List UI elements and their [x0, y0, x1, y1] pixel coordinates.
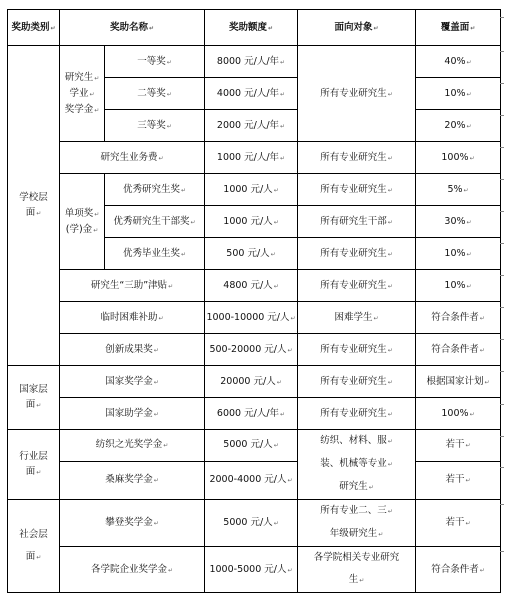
group-national: 国家层 面 — [8, 366, 60, 430]
row-end-marker — [500, 275, 504, 276]
target-line: 装、机械等专业 — [298, 453, 415, 476]
group-school: 学校层 面 — [8, 46, 60, 366]
row-end-marker — [500, 467, 504, 468]
row-end-marker — [500, 17, 504, 18]
award-target: 所有专业研究生 — [298, 46, 416, 142]
group-label-line: 学校层 — [8, 190, 59, 205]
award-name: 创新成果奖 — [60, 334, 205, 366]
table-row: 研究生“三助”津贴 4800 元/人 所有专业研究生 10% — [8, 270, 501, 302]
subgroup-single: 单项奖 (学)金 — [60, 174, 105, 270]
award-coverage: 若干 — [416, 461, 501, 499]
target-line: 年级研究生 — [298, 523, 415, 546]
award-name: 攀登奖学金 — [60, 500, 205, 547]
target-line: 纺织、材料、服 — [298, 430, 415, 453]
award-target: 所有专业二、三 年级研究生 — [298, 500, 416, 547]
award-name: 优秀研究生干部奖 — [105, 206, 205, 238]
table-row: 桑麻奖学金 2000-4000 元/人 若干 — [8, 461, 501, 499]
award-target: 所有专业研究生 — [298, 270, 416, 302]
row-end-marker — [500, 243, 504, 244]
award-name: 国家助学金 — [60, 398, 205, 430]
award-target: 所有研究生干部 — [298, 206, 416, 238]
award-amount: 5000 元/人 — [205, 430, 298, 462]
award-coverage: 40% — [416, 46, 501, 78]
award-table: 奖助类别 奖助名称 奖助额度 面向对象 覆盖面 学校层 面 研究生 学业 奖学金… — [7, 9, 501, 593]
row-end-marker — [500, 211, 504, 212]
target-line: 生 — [298, 569, 415, 592]
table-row: 社会层 面 攀登奖学金 5000 元/人 所有专业二、三 年级研究生 若干 — [8, 500, 501, 547]
row-end-marker — [500, 436, 504, 437]
table-row: 单项奖 (学)金 优秀研究生奖 1000 元/人 所有专业研究生 5% — [8, 174, 501, 206]
group-label-line: 面 — [8, 464, 59, 480]
row-end-marker — [500, 51, 504, 52]
target-line: 各学院相关专业研究 — [298, 547, 415, 569]
award-coverage: 10% — [416, 238, 501, 270]
award-coverage: 20% — [416, 110, 501, 142]
header-category: 奖助类别 — [8, 10, 60, 46]
table-row: 国家助学金 6000 元/人/年 所有专业研究生 100% — [8, 398, 501, 430]
award-coverage: 符合条件者 — [416, 334, 501, 366]
group-label-line: 面 — [8, 546, 59, 569]
award-coverage: 10% — [416, 78, 501, 110]
award-amount: 1000-5000 元/人 — [205, 547, 298, 593]
award-name: 临时困难补助 — [60, 302, 205, 334]
subgroup-label-line: 研究生 — [60, 70, 104, 86]
table-row: 行业层 面 纺织之光奖学金 5000 元/人 纺织、材料、服 装、机械等专业 研… — [8, 430, 501, 462]
subgroup-label-line: 学业 — [60, 86, 104, 102]
award-target: 所有专业研究生 — [298, 334, 416, 366]
row-end-marker — [500, 179, 504, 180]
award-amount: 500 元/人 — [205, 238, 298, 270]
group-label-line: 面 — [8, 397, 59, 413]
award-name: 各学院企业奖学金 — [60, 547, 205, 593]
award-amount: 6000 元/人/年 — [205, 398, 298, 430]
award-coverage: 30% — [416, 206, 501, 238]
award-coverage: 符合条件者 — [416, 302, 501, 334]
row-end-marker — [500, 504, 504, 505]
table-row: 国家层 面 国家奖学金 20000 元/人 所有专业研究生 根据国家计划 — [8, 366, 501, 398]
award-target: 所有专业研究生 — [298, 142, 416, 174]
target-line: 所有专业二、三 — [298, 500, 415, 523]
row-end-marker — [500, 404, 504, 405]
group-society: 社会层 面 — [8, 500, 60, 593]
award-name: 优秀毕业生奖 — [105, 238, 205, 270]
award-amount: 500-20000 元/人 — [205, 334, 298, 366]
header-target: 面向对象 — [298, 10, 416, 46]
header-amount: 奖助额度 — [205, 10, 298, 46]
award-amount: 1000 元/人/年 — [205, 142, 298, 174]
award-amount: 2000 元/人/年 — [205, 110, 298, 142]
row-end-marker — [500, 147, 504, 148]
group-label-line: 国家层 — [8, 382, 59, 397]
target-line: 研究生 — [298, 476, 415, 499]
award-coverage: 100% — [416, 398, 501, 430]
award-name: 研究生业务费 — [60, 142, 205, 174]
header-name: 奖助名称 — [60, 10, 205, 46]
subgroup-academic: 研究生 学业 奖学金 — [60, 46, 105, 142]
award-name: 二等奖 — [105, 78, 205, 110]
award-coverage: 根据国家计划 — [416, 366, 501, 398]
award-target: 各学院相关专业研究 生 — [298, 547, 416, 593]
row-end-marker — [500, 339, 504, 340]
award-amount: 2000-4000 元/人 — [205, 461, 298, 499]
award-coverage: 5% — [416, 174, 501, 206]
award-name: 研究生“三助”津贴 — [60, 270, 205, 302]
award-amount: 1000 元/人 — [205, 206, 298, 238]
award-name: 一等奖 — [105, 46, 205, 78]
award-target: 所有专业研究生 — [298, 174, 416, 206]
award-amount: 4000 元/人/年 — [205, 78, 298, 110]
table-row: 临时困难补助 1000-10000 元/人 困难学生 符合条件者 — [8, 302, 501, 334]
award-target: 所有专业研究生 — [298, 398, 416, 430]
header-coverage: 覆盖面 — [416, 10, 501, 46]
award-coverage: 10% — [416, 270, 501, 302]
award-amount: 1000 元/人 — [205, 174, 298, 206]
row-end-marker — [500, 83, 504, 84]
subgroup-label-line: 单项奖 — [60, 206, 104, 222]
award-name: 优秀研究生奖 — [105, 174, 205, 206]
award-coverage: 100% — [416, 142, 501, 174]
award-name: 桑麻奖学金 — [60, 461, 205, 499]
award-target: 所有专业研究生 — [298, 366, 416, 398]
table-row: 学校层 面 研究生 学业 奖学金 一等奖 8000 元/人/年 所有专业研究生 … — [8, 46, 501, 78]
award-target: 困难学生 — [298, 302, 416, 334]
table-row: 各学院企业奖学金 1000-5000 元/人 各学院相关专业研究 生 符合条件者 — [8, 547, 501, 593]
row-end-marker — [500, 115, 504, 116]
award-coverage: 若干 — [416, 430, 501, 462]
header-row: 奖助类别 奖助名称 奖助额度 面向对象 覆盖面 — [8, 10, 501, 46]
award-amount: 4800 元/人 — [205, 270, 298, 302]
award-name: 三等奖 — [105, 110, 205, 142]
subgroup-label-line: 奖学金 — [60, 102, 104, 118]
row-end-marker — [500, 551, 504, 552]
award-name: 国家奖学金 — [60, 366, 205, 398]
award-amount: 5000 元/人 — [205, 500, 298, 547]
award-amount: 8000 元/人/年 — [205, 46, 298, 78]
award-target: 所有专业研究生 — [298, 238, 416, 270]
award-name: 纺织之光奖学金 — [60, 430, 205, 462]
row-end-marker — [500, 371, 504, 372]
subgroup-label-line: (学)金 — [60, 222, 104, 238]
award-coverage: 符合条件者 — [416, 547, 501, 593]
table-row: 研究生业务费 1000 元/人/年 所有专业研究生 100% — [8, 142, 501, 174]
award-amount: 20000 元/人 — [205, 366, 298, 398]
row-end-marker — [500, 307, 504, 308]
group-label-line: 面 — [8, 205, 59, 221]
award-amount: 1000-10000 元/人 — [205, 302, 298, 334]
award-target: 纺织、材料、服 装、机械等专业 研究生 — [298, 430, 416, 500]
group-label-line: 社会层 — [8, 524, 59, 546]
group-label-line: 行业层 — [8, 449, 59, 464]
table-row: 创新成果奖 500-20000 元/人 所有专业研究生 符合条件者 — [8, 334, 501, 366]
group-industry: 行业层 面 — [8, 430, 60, 500]
award-coverage: 若干 — [416, 500, 501, 547]
